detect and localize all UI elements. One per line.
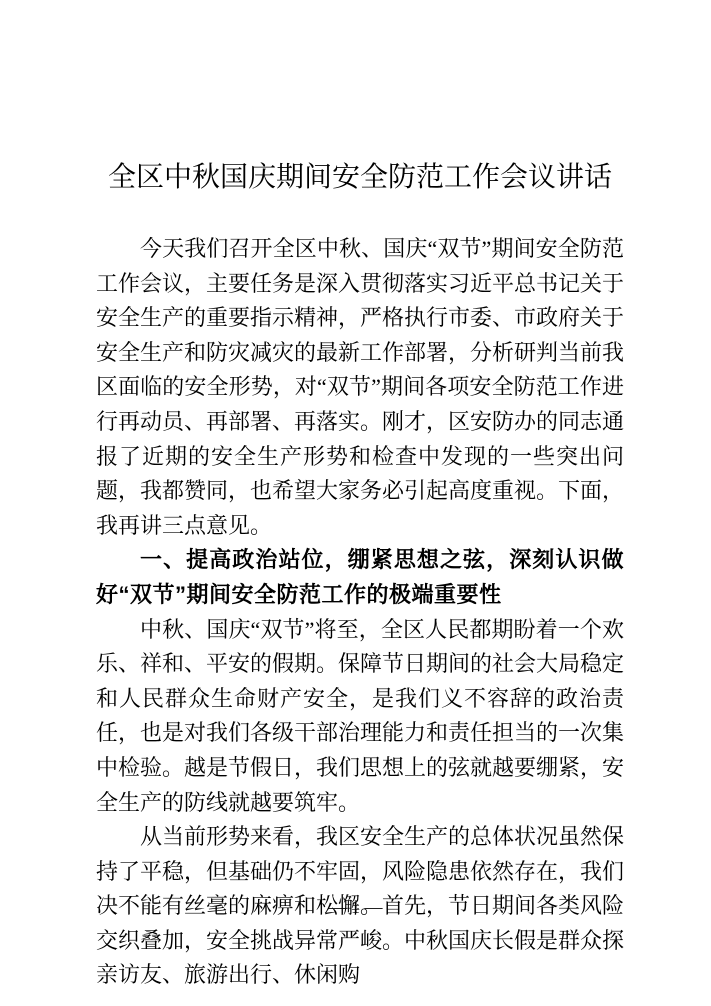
page-number: — 1 — [329, 897, 383, 917]
section-heading: 一、提高政治站位，绷紧思想之弦，深刻认识做好“双节”期间安全防范工作的极端重要性 [96, 543, 624, 612]
document-page: 全区中秋国庆期间安全防范工作会议讲话 今天我们召开全区中秋、国庆“双节”期间安全… [0, 0, 711, 1006]
document-body: 今天我们召开全区中秋、国庆“双节”期间安全防范工作会议，主要任务是深入贯彻落实习… [96, 232, 624, 993]
paragraph: 今天我们召开全区中秋、国庆“双节”期间安全防范工作会议，主要任务是深入贯彻落实习… [96, 232, 624, 543]
page-footer: — 1 — [0, 896, 711, 918]
document-title: 全区中秋国庆期间安全防范工作会议讲话 [96, 162, 624, 194]
paragraph: 中秋、国庆“双节”将至，全区人民都期盼着一个欢乐、祥和、平安的假期。保障节日期间… [96, 613, 624, 821]
